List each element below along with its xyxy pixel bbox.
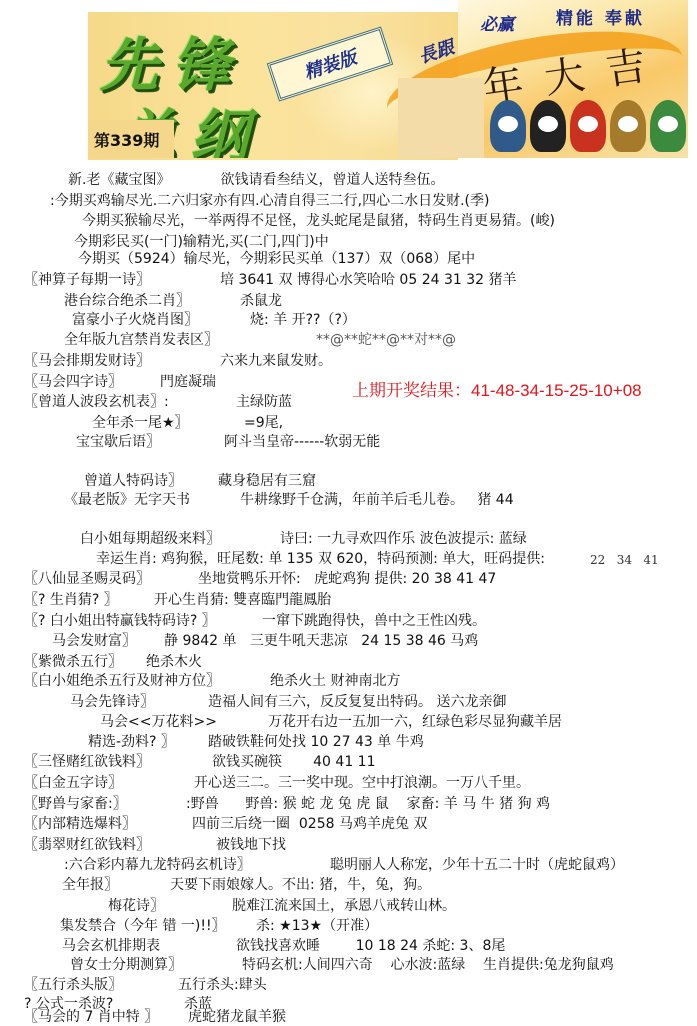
item-label: 〖白小姐绝杀五行及财神方位〗 [24, 673, 220, 689]
list-item: 〖神算子每期一诗〗 [24, 271, 150, 289]
item-content: 虎蛇猪龙鼠羊猴 [188, 1008, 286, 1026]
item-content: 万花开右边一五加一六，红绿色彩尽显狗藏羊居 [268, 713, 562, 731]
item-content: 天要下雨娘嫁人。不出: 猪，牛，兔，狗。 [170, 876, 431, 894]
item-label: 白小姐每期超级来料〗 [80, 531, 220, 547]
mascot-icon [650, 100, 686, 152]
list-item: 宝宝歇后语〗 [76, 433, 160, 451]
item-label: 〖内部精选爆料〗 [24, 816, 136, 832]
item-content: =9尾, [244, 414, 283, 432]
list-item: 〖白小姐绝杀五行及财神方位〗 [24, 672, 220, 690]
item-label: 〖马会排期发财诗〗 [24, 353, 150, 369]
list-item: 马会先锋诗〗 [70, 693, 154, 711]
item-content: 欲钱请看叁结义，曾道人送特叁伍。 [220, 172, 444, 188]
last-result: 上期开奖结果：41-48-34-15-25-10+08 [352, 376, 642, 401]
item-content: 一窜下跳跑得快，兽中之王性凶残。 [262, 612, 486, 630]
list-item: 〖内部精选爆料〗 [24, 815, 136, 833]
list-item: 曾道人特码诗〗 [84, 472, 182, 490]
item-label: 〖马会四字诗〗 [24, 374, 122, 390]
item-label: 全年杀一尾★〗 [92, 415, 189, 431]
item-content: 培 3641 双 博得心水笑哈哈 05 24 31 32 猪羊 [220, 271, 517, 289]
list-item: 〖马会四字诗〗 [24, 373, 122, 391]
item-label: :今期买鸡输尽光.二六归家亦有四.心清自得三二行,四心二水日发财.(季) [50, 193, 489, 209]
list-item: 今期买（5924）输尽光，今期彩民买单（137）双（068）尾中 [78, 250, 475, 268]
list-item: 今期彩民买(一门)输精光,买(二门,四门)中 [74, 233, 329, 251]
list-item: 〖紫微杀五行〗 [24, 653, 122, 671]
list-item: 〖五行杀头版〗 [24, 976, 122, 994]
mascot-icon [570, 100, 606, 152]
item-label: 全年版九宫禁肖发表区〗 [64, 332, 218, 348]
list-item: :六合彩内幕九龙特码玄机诗〗 [64, 856, 251, 874]
item-content: 特码玄机:人间四六奇 心水波:蓝绿 生肖提供:兔龙狗鼠鸡 [242, 956, 614, 974]
list-item: 〖曾道人波段玄机表〗: [24, 393, 169, 411]
list-item: 幸运生肖: 鸡狗猴，旺尾数: 单 135 双 620，特码预测: 单大，旺码提供… [96, 550, 545, 568]
item-label: 全年报〗 [62, 877, 118, 893]
item-label: 新.老《藏宝图》 [68, 172, 170, 188]
item-content: 造福人间有三六，反反复复出特码。 送六龙亲御 [208, 693, 506, 711]
item-label: 幸运生肖: 鸡狗猴，旺尾数: 单 135 双 620，特码预测: 单大，旺码提供… [96, 551, 545, 567]
item-content: 藏身稳居有三窟 [218, 472, 316, 490]
item-content: **@**蛇**@**对**@ [316, 331, 456, 349]
item-content: 四前三后绕一圈 0258 马鸡羊虎兔 双 [192, 815, 427, 833]
item-content: 五行杀头:肆头 [178, 976, 267, 994]
slogan-offer: 精能 奉献 [556, 4, 645, 29]
list-item: 梅花诗〗 [108, 897, 164, 915]
list-item: 〖三怪赌红欲钱料〗 [24, 753, 150, 771]
list-item: 全年杀一尾★〗 [92, 414, 189, 432]
list-item: 〖? 白小姐出特赢钱特码诗? 〗 [24, 612, 216, 630]
list-item: 〖白金五字诗〗 [24, 774, 122, 792]
blank-cover-box [398, 78, 484, 158]
item-label: 〖白金五字诗〗 [24, 775, 122, 791]
item-label: 〖三怪赌红欲钱料〗 [24, 754, 150, 770]
item-content: 主绿防蓝 [236, 393, 292, 411]
item-label: 精选-劲料? 〗 [88, 734, 175, 750]
item-content: 开心送三二。三一奖中现。空中打浪潮。一万八千里。 [194, 774, 530, 792]
list-item: 〖马会的 7 肖中特 〗 [24, 1008, 158, 1026]
item-label: 曾女士分期测算〗 [70, 957, 182, 973]
item-content: 阿斗当皇帝------软弱无能 [224, 433, 380, 451]
list-item: 〖野兽与家畜:〗 [24, 795, 127, 813]
item-label: 〖紫微杀五行〗 [24, 654, 122, 670]
mascot-icon [490, 100, 526, 152]
item-content: 坐地赏鸭乐开怀: 虎蛇鸡狗 提供: 20 38 41 47 [198, 570, 496, 588]
item-content: 22 34 41 [590, 551, 659, 569]
item-label: 〖五行杀头版〗 [24, 977, 122, 993]
item-label: 〖曾道人波段玄机表〗: [24, 394, 169, 410]
item-content: 牛耕缘野千仓满，年前羊后毛儿卷。 猪 44 [240, 491, 514, 509]
item-label: 〖野兽与家畜:〗 [24, 796, 127, 812]
banner-title-line1: 先锋 [100, 18, 244, 102]
list-item: 曾女士分期测算〗 [70, 956, 182, 974]
list-item: 今期买猴输尽光，一举两得不足怪，龙头蛇尾是鼠猪，特码生肖更易猜。(峻) [82, 212, 555, 230]
item-content: 杀: ★13★（开准） [256, 917, 378, 935]
item-label: 曾道人特码诗〗 [84, 473, 182, 489]
mascot-icon [530, 100, 566, 152]
item-content: 诗曰: 一九寻欢四作乐 波色波提示: 蓝绿 [280, 530, 527, 548]
slogan-win: 必赢 [480, 10, 514, 35]
list-item: :今期买鸡输尽光.二六归家亦有四.心清自得三二行,四心二水日发财.(季) [50, 192, 489, 210]
item-content: 绝杀木火 [146, 653, 202, 671]
item-label: 今期买猴输尽光，一举两得不足怪，龙头蛇尾是鼠猪，特码生肖更易猜。(峻) [82, 213, 555, 229]
item-label: 今期买（5924）输尽光，今期彩民买单（137）双（068）尾中 [78, 251, 475, 267]
item-label: 马会玄机排期表 [62, 938, 160, 954]
item-content: 聪明丽人人称宠，少年十五二十时（虎蛇鼠鸡） [330, 856, 624, 874]
mascot-icon [610, 100, 646, 152]
list-item: 《最老版》无字天书 [64, 491, 190, 509]
list-item: 〖马会排期发财诗〗 [24, 352, 150, 370]
list-item: 〖? 生肖猜? 〗 [24, 591, 118, 609]
list-item: 〖八仙显圣赐灵码〗 [24, 570, 150, 588]
list-item: 全年版九宫禁肖发表区〗 [64, 331, 218, 349]
item-label: 马会<<万花料>> [100, 714, 217, 730]
header-banner: 先锋 总纲 精装版 長跟 必赢 精能 奉献 年大吉 第339期 [0, 0, 697, 160]
item-content: 被钱地下找 [216, 836, 286, 854]
item-content: 踏破铁鞋何处找 10 27 43 单 牛鸡 [208, 733, 424, 751]
list-item: 集发禁合（今年 错 一)!!〗 [60, 917, 226, 935]
item-label: 〖? 生肖猜? 〗 [24, 592, 118, 608]
mascot-group [490, 100, 686, 152]
last-result-numbers: 41-48-34-15-25-10+08 [471, 381, 642, 400]
item-label: 集发禁合（今年 错 一)!!〗 [60, 918, 226, 934]
item-content: 脱难江流来国土，承恩八戒转山林。 [232, 897, 456, 915]
list-item: 马会玄机排期表 [62, 937, 160, 955]
item-label: 〖? 白小姐出特赢钱特码诗? 〗 [24, 613, 216, 629]
list-item: 精选-劲料? 〗 [88, 733, 175, 751]
item-label: 梅花诗〗 [108, 898, 164, 914]
list-item: 马会<<万花料>> [100, 713, 217, 731]
item-label: 宝宝歇后语〗 [76, 434, 160, 450]
list-item: 白小姐每期超级来料〗 [80, 530, 220, 548]
list-item: 马会发财富〗 [52, 632, 136, 650]
item-content: 烧: 羊 开??（?） [250, 311, 356, 329]
item-content: 欲钱找喜欢睡 10 18 24 杀蛇: 3、8尾 [236, 937, 505, 955]
list-item: 港台综合绝杀二肖〗 [64, 292, 190, 310]
item-label: :六合彩内幕九龙特码玄机诗〗 [64, 857, 251, 873]
item-content: 杀鼠龙 [240, 292, 282, 310]
list-item: 新.老《藏宝图》欲钱请看叁结义，曾道人送特叁伍。 [68, 171, 444, 189]
item-content: 绝杀火土 财神南北方 [270, 672, 400, 690]
item-label: 〖马会的 7 肖中特 〗 [24, 1009, 158, 1025]
last-result-label: 上期开奖结果： [352, 381, 471, 400]
item-content: 門庭凝瑞 [160, 373, 216, 391]
item-label: 富豪小子火烧肖图〗 [72, 312, 198, 328]
item-label: 马会先锋诗〗 [70, 694, 154, 710]
item-content: 开心生肖猜: 雙喜臨門龍鳳胎 [154, 591, 331, 609]
item-content: :野兽 野兽: 猴 蛇 龙 兔 虎 鼠 家畜: 羊 马 牛 猪 狗 鸡 [186, 795, 550, 813]
list-item: 全年报〗 [62, 876, 118, 894]
item-label: 〖八仙显圣赐灵码〗 [24, 571, 150, 587]
item-label: 〖神算子每期一诗〗 [24, 272, 150, 288]
list-item: 富豪小子火烧肖图〗 [72, 311, 198, 329]
item-label: 《最老版》无字天书 [64, 492, 190, 508]
item-content: 欲钱买碗筷 40 41 11 [212, 753, 376, 771]
item-label: 〖翡翠财红欲钱料〗 [24, 837, 150, 853]
list-item: 〖翡翠财红欲钱料〗 [24, 836, 150, 854]
item-label: 今期彩民买(一门)输精光,买(二门,四门)中 [74, 234, 329, 250]
issue-number: 第339期 [88, 120, 174, 158]
item-label: 马会发财富〗 [52, 633, 136, 649]
item-content: 静 9842 单 三更牛吼天悲凉 24 15 38 46 马鸡 [164, 632, 478, 650]
item-label: 港台综合绝杀二肖〗 [64, 293, 190, 309]
item-content: 六来九来鼠发财。 [220, 352, 332, 370]
